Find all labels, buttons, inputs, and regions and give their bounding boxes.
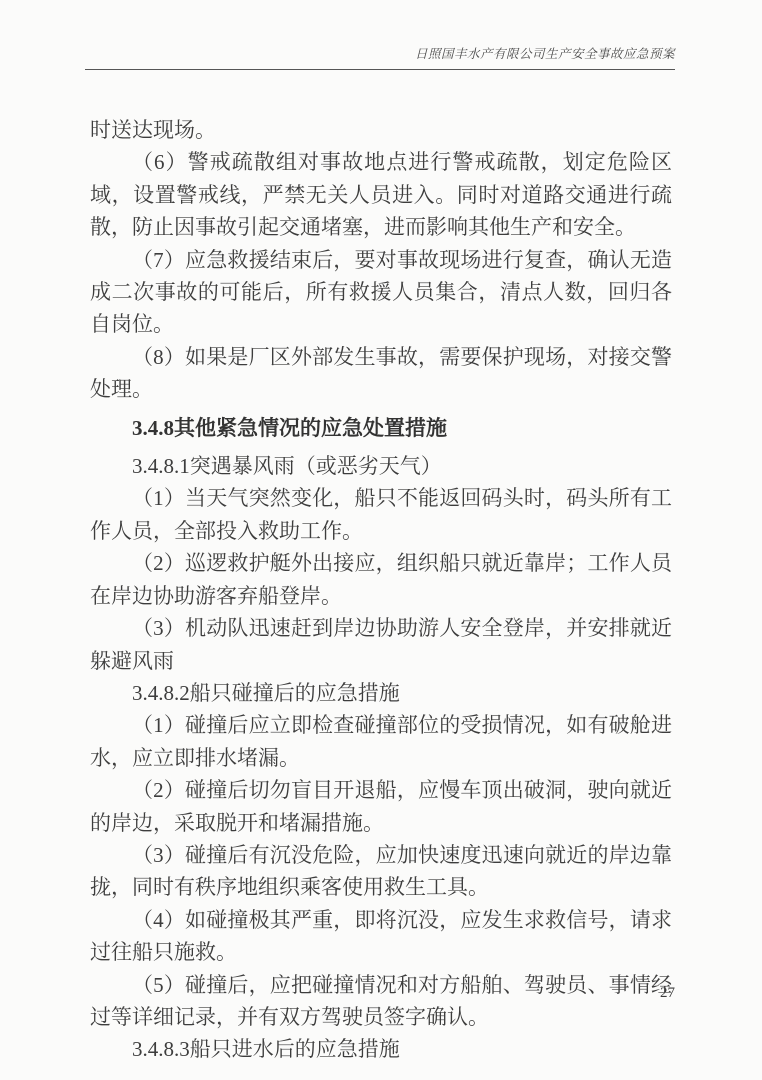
sub-heading: 3.4.8.2船只碰撞后的应急措施 [90, 677, 672, 709]
page-footer: 27 [85, 985, 675, 1002]
document-body: 时送达现场。（6）警戒疏散组对事故地点进行警戒疏散，划定危险区域，设置警戒线，严… [90, 114, 672, 1066]
document-page: { "header": { "title": "日照国丰水产有限公司生产安全事故… [0, 0, 762, 1080]
paragraph: 时送达现场。 [90, 114, 672, 146]
paragraph: （7）应急救援结束后，要对事故现场进行复查，确认无造成二次事故的可能后，所有救援… [90, 244, 672, 341]
paragraph: （1）当天气突然变化，船只不能返回码头时，码头所有工作人员，全部投入救助工作。 [90, 482, 672, 547]
section-heading: 3.4.8其他紧急情况的应急处置措施 [90, 412, 672, 444]
paragraph: （8）如果是厂区外部发生事故，需要保护现场，对接交警处理。 [90, 341, 672, 406]
page-number: 27 [660, 985, 675, 1001]
paragraph: （6）警戒疏散组对事故地点进行警戒疏散，划定危险区域，设置警戒线，严禁无关人员进… [90, 146, 672, 243]
paragraph: （3）机动队迅速赶到岸边协助游人安全登岸，并安排就近躲避风雨 [90, 612, 672, 677]
sub-heading: 3.4.8.1突遇暴风雨（或恶劣天气） [90, 450, 672, 482]
paragraph: （1）碰撞后应立即检查碰撞部位的受损情况，如有破舱进水，应立即排水堵漏。 [90, 709, 672, 774]
sub-heading: 3.4.8.3船只进水后的应急措施 [90, 1033, 672, 1065]
paragraph: （4）如碰撞极其严重，即将沉没，应发生求救信号，请求过往船只施救。 [90, 904, 672, 969]
paragraph: （2）巡逻救护艇外出接应，组织船只就近靠岸；工作人员在岸边协助游客弃船登岸。 [90, 547, 672, 612]
paragraph: （2）碰撞后切勿盲目开退船，应慢车顶出破洞，驶向就近的岸边，采取脱开和堵漏措施。 [90, 774, 672, 839]
paragraph: （3）碰撞后有沉没危险，应加快速度迅速向就近的岸边靠拢，同时有秩序地组织乘客使用… [90, 839, 672, 904]
page-header: 日照国丰水产有限公司生产安全事故应急预案 [85, 46, 675, 70]
header-title: 日照国丰水产有限公司生产安全事故应急预案 [415, 47, 675, 61]
